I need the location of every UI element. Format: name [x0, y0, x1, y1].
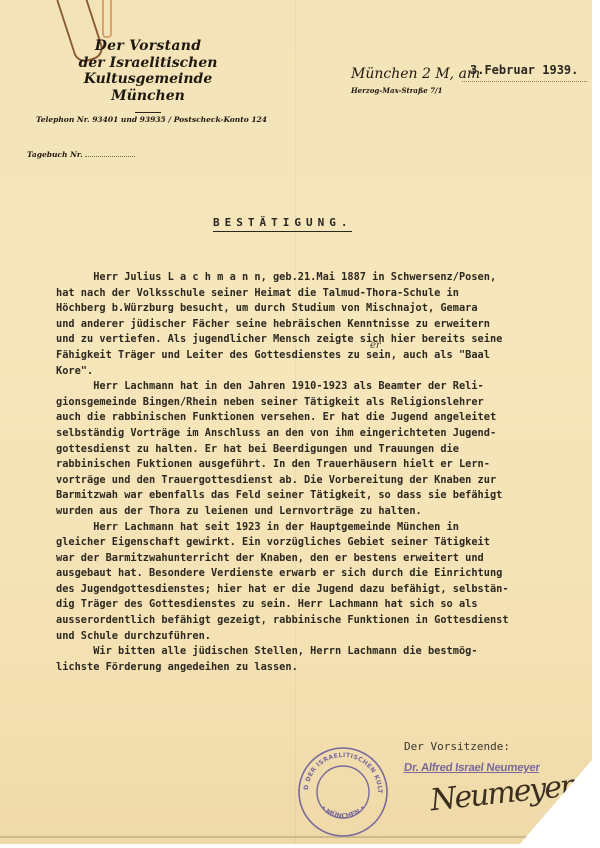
- body-line: Herr Lachmann hat in den Jahren 1910-192…: [56, 379, 592, 395]
- handwritten-correction: er: [370, 340, 381, 351]
- date-dotted-line: [462, 81, 587, 82]
- signer-name-stamp: Dr. Alfred Israel Neumeyer: [403, 762, 540, 774]
- body-line: war der Barmitzwahunterricht der Knaben,…: [56, 551, 592, 567]
- body-line: lichste Förderung angedeihen zu lassen.: [56, 660, 592, 676]
- signer-title: Der Vorsitzende:: [404, 740, 510, 753]
- letterhead: Der Vorstand der Israelitischen Kultusge…: [28, 38, 268, 113]
- letterhead-line2: der Israelitischen Kultusgemeinde: [28, 55, 268, 87]
- svg-text:DER VORSTAND DER ISRAELITISCHE: DER VORSTAND DER ISRAELITISCHEN KULTUSGE…: [296, 745, 383, 794]
- body-line: Kore".: [56, 364, 592, 380]
- body-line: dig Träger des Gottesdienstes zu sein. H…: [56, 597, 592, 613]
- body-line: gottesdienst zu halten. Er hat bei Beerd…: [56, 442, 592, 458]
- letter-body: Herr Julius L a c h m a n n, geb.21.Mai …: [56, 270, 592, 675]
- street-address: Herzog-Max-Straße 7/1: [351, 86, 442, 95]
- body-line: Barmitzwah war ebenfalls das Feld seiner…: [56, 488, 592, 504]
- place-label: München 2 M, am: [351, 66, 480, 82]
- letterhead-line3: München: [28, 88, 268, 104]
- body-line: Herr Lachmann hat seit 1923 in der Haupt…: [56, 520, 592, 536]
- handwritten-signature: Neumeyer: [429, 769, 574, 819]
- body-line: selbständig Vorträge im Anschluss an den…: [56, 426, 592, 442]
- body-line: gleicher Eigenschaft gewirkt. Ein vorzüg…: [56, 535, 592, 551]
- body-line: auch die rabbinischen Funktionen versehe…: [56, 410, 592, 426]
- body-line: und Schule durchzuführen.: [56, 629, 592, 645]
- body-line: rabbinischen Fuktionen ausgeführt. In de…: [56, 457, 592, 473]
- body-line: und zu vertiefen. Als jugendlicher Mensc…: [56, 332, 592, 348]
- diary-number-field: Tagebuch Nr.: [27, 150, 135, 159]
- letterhead-contact: Telephon Nr. 93401 und 93935 / Postschec…: [36, 115, 267, 124]
- body-line: Höchberg b.Würzburg besucht, um durch St…: [56, 301, 592, 317]
- body-line: Fähigkeit Träger und Leiter des Gottesdi…: [56, 348, 592, 364]
- body-line: des Jugendgottesdienstes; hier hat er di…: [56, 582, 592, 598]
- body-line: gionsgemeinde Bingen/Rhein neben seiner …: [56, 395, 592, 411]
- diary-label: Tagebuch Nr.: [27, 150, 83, 159]
- body-line: ausserordentlich befähigt gezeigt, rabbi…: [56, 613, 592, 629]
- paper-clip-mark: [102, 0, 112, 38]
- letter-page: Der Vorstand der Israelitischen Kultusge…: [0, 0, 592, 844]
- body-line: hat nach der Volksschule seiner Heimat d…: [56, 286, 592, 302]
- svg-text:• MÜNCHEN •: • MÜNCHEN •: [319, 804, 367, 820]
- letterhead-line1: Der Vorstand: [28, 38, 268, 54]
- letterhead-rule: [135, 112, 161, 113]
- body-line: ausgebaut hat. Besondere Verdienste erwa…: [56, 566, 592, 582]
- letter-date: 3.Februar 1939.: [470, 63, 578, 77]
- document-title: BESTÄTIGUNG.: [213, 216, 352, 232]
- official-seal-stamp: DER VORSTAND DER ISRAELITISCHEN KULTUSGE…: [296, 745, 390, 839]
- body-line: Wir bitten alle jüdischen Stellen, Herrn…: [56, 644, 592, 660]
- body-line: wurden aus der Thora zu leienen und Lern…: [56, 504, 592, 520]
- body-line: und anderer jüdischer Fächer seine hebrä…: [56, 317, 592, 333]
- body-line: Herr Julius L a c h m a n n, geb.21.Mai …: [56, 270, 592, 286]
- diary-blank-line: [85, 156, 135, 157]
- body-line: vorträge und den Trauergottesdienst ab. …: [56, 473, 592, 489]
